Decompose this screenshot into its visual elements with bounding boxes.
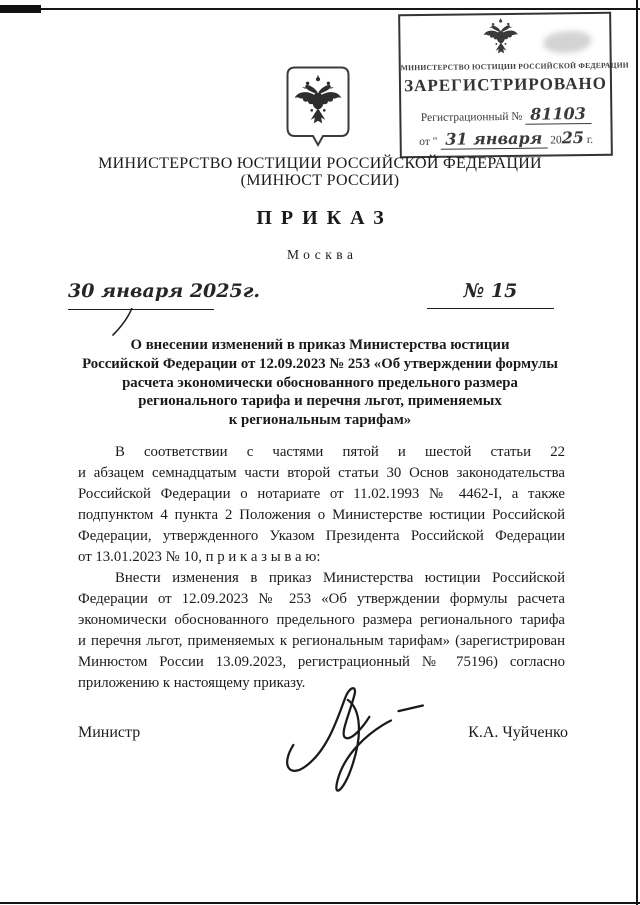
order-number-field: № 15	[427, 280, 554, 309]
scanned-order-page: МИНИСТЕРСТВО ЮСТИЦИИ РОССИЙСКОЙ ФЕДЕРАЦИ…	[0, 0, 640, 905]
minister-title: Министр	[78, 724, 140, 742]
ink-smudge	[543, 31, 591, 54]
scan-edge-top	[0, 8, 640, 10]
paragraph-preamble: В соответствии с частями пятой и шестой …	[78, 442, 565, 568]
paragraph-directive: Внести изменения в приказ Министерства ю…	[78, 568, 565, 694]
signatory-name: К.А. Чуйченко	[468, 724, 568, 742]
stamp-date-suffix: г.	[587, 134, 593, 146]
coat-of-arms-emblem	[286, 66, 350, 148]
registration-stamp: МИНИСТЕРСТВО ЮСТИЦИИ РОССИЙСКОЙ ФЕДЕРАЦИ…	[398, 12, 613, 159]
signature-scribble	[274, 683, 446, 805]
stamp-date-day-month: 31 января	[440, 128, 547, 149]
scan-edge-top-left-blob	[0, 5, 41, 13]
order-number-handwritten: № 15	[464, 280, 518, 302]
stamp-date-prefix: от "	[419, 136, 437, 148]
stamp-eagle-icon	[481, 16, 520, 58]
text-line: В соответствии с частями пятой и шестой …	[78, 442, 565, 463]
reg-number-value: 81103	[525, 104, 591, 125]
city-label: Москва	[0, 247, 640, 263]
text-line: Российской Федерации от 12.09.2023 № 253…	[76, 355, 564, 374]
pen-flourish	[110, 308, 136, 336]
ministry-short-name: (МИНЮСТ РОССИИ)	[0, 172, 640, 189]
stamp-registered-label: ЗАРЕГИСТРИРОВАНО	[401, 74, 610, 97]
stamp-ministry-line: МИНИСТЕРСТВО ЮСТИЦИИ РОССИЙСКОЙ ФЕДЕРАЦИ…	[401, 61, 610, 73]
text-line: к региональным тарифам»	[76, 411, 564, 430]
ministry-header: МИНИСТЕРСТВО ЮСТИЦИИ РОССИЙСКОЙ ФЕДЕРАЦИ…	[0, 155, 640, 189]
order-body: В соответствии с частями пятой и шестой …	[78, 442, 565, 694]
text-line: Российской Федерации о нотариате от 11.0…	[78, 484, 565, 505]
text-line: Минюстом России 13.09.2023, регистрацион…	[78, 652, 565, 673]
scan-edge-right	[636, 0, 638, 905]
double-headed-eagle-icon	[295, 76, 342, 124]
text-line: подпунктом 4 пункта 2 Положения о Минист…	[78, 505, 565, 526]
text-line: и абзацем семнадцатым части второй стать…	[78, 463, 565, 484]
stamp-date-year-hand: 25	[562, 128, 584, 147]
text-line: Федерации от 12.09.2023 № 253 «Об утверж…	[78, 589, 565, 610]
doc-type-title: ПРИКАЗ	[0, 207, 640, 230]
stamp-date-year-printed: 20	[550, 134, 562, 146]
subject-title: О внесении изменений в приказ Министерст…	[76, 336, 564, 430]
text-line: Федерации, утвержденного Указом Президен…	[78, 526, 565, 547]
text-line: О внесении изменений в приказ Министерст…	[76, 336, 564, 355]
text-line: и перечня льгот, применяемых к региональ…	[78, 631, 565, 652]
text-line: Внести изменения в приказ Министерства ю…	[78, 568, 565, 589]
text-line: регионального тарифа и перечня льгот, пр…	[76, 392, 564, 411]
order-date-handwritten: 30 января 2025г.	[68, 280, 260, 302]
scan-edge-bottom	[0, 902, 640, 904]
ministry-name: МИНИСТЕРСТВО ЮСТИЦИИ РОССИЙСКОЙ ФЕДЕРАЦИ…	[0, 155, 640, 172]
stamp-registration-date-line: от " 31 января 2025 г.	[402, 128, 611, 150]
order-date-field: 30 января 2025г.	[68, 280, 214, 310]
stamp-registration-number-line: Регистрационный № 81103	[401, 104, 610, 126]
text-line: расчета экономически обоснованного преде…	[76, 374, 564, 393]
text-line: экономически обоснованного предельного р…	[78, 610, 565, 631]
text-line: от 13.01.2023 № 10, п р и к а з ы в а ю:	[78, 547, 565, 568]
signature-row: Министр К.А. Чуйченко	[78, 724, 568, 742]
reg-number-label: Регистрационный №	[421, 111, 523, 124]
